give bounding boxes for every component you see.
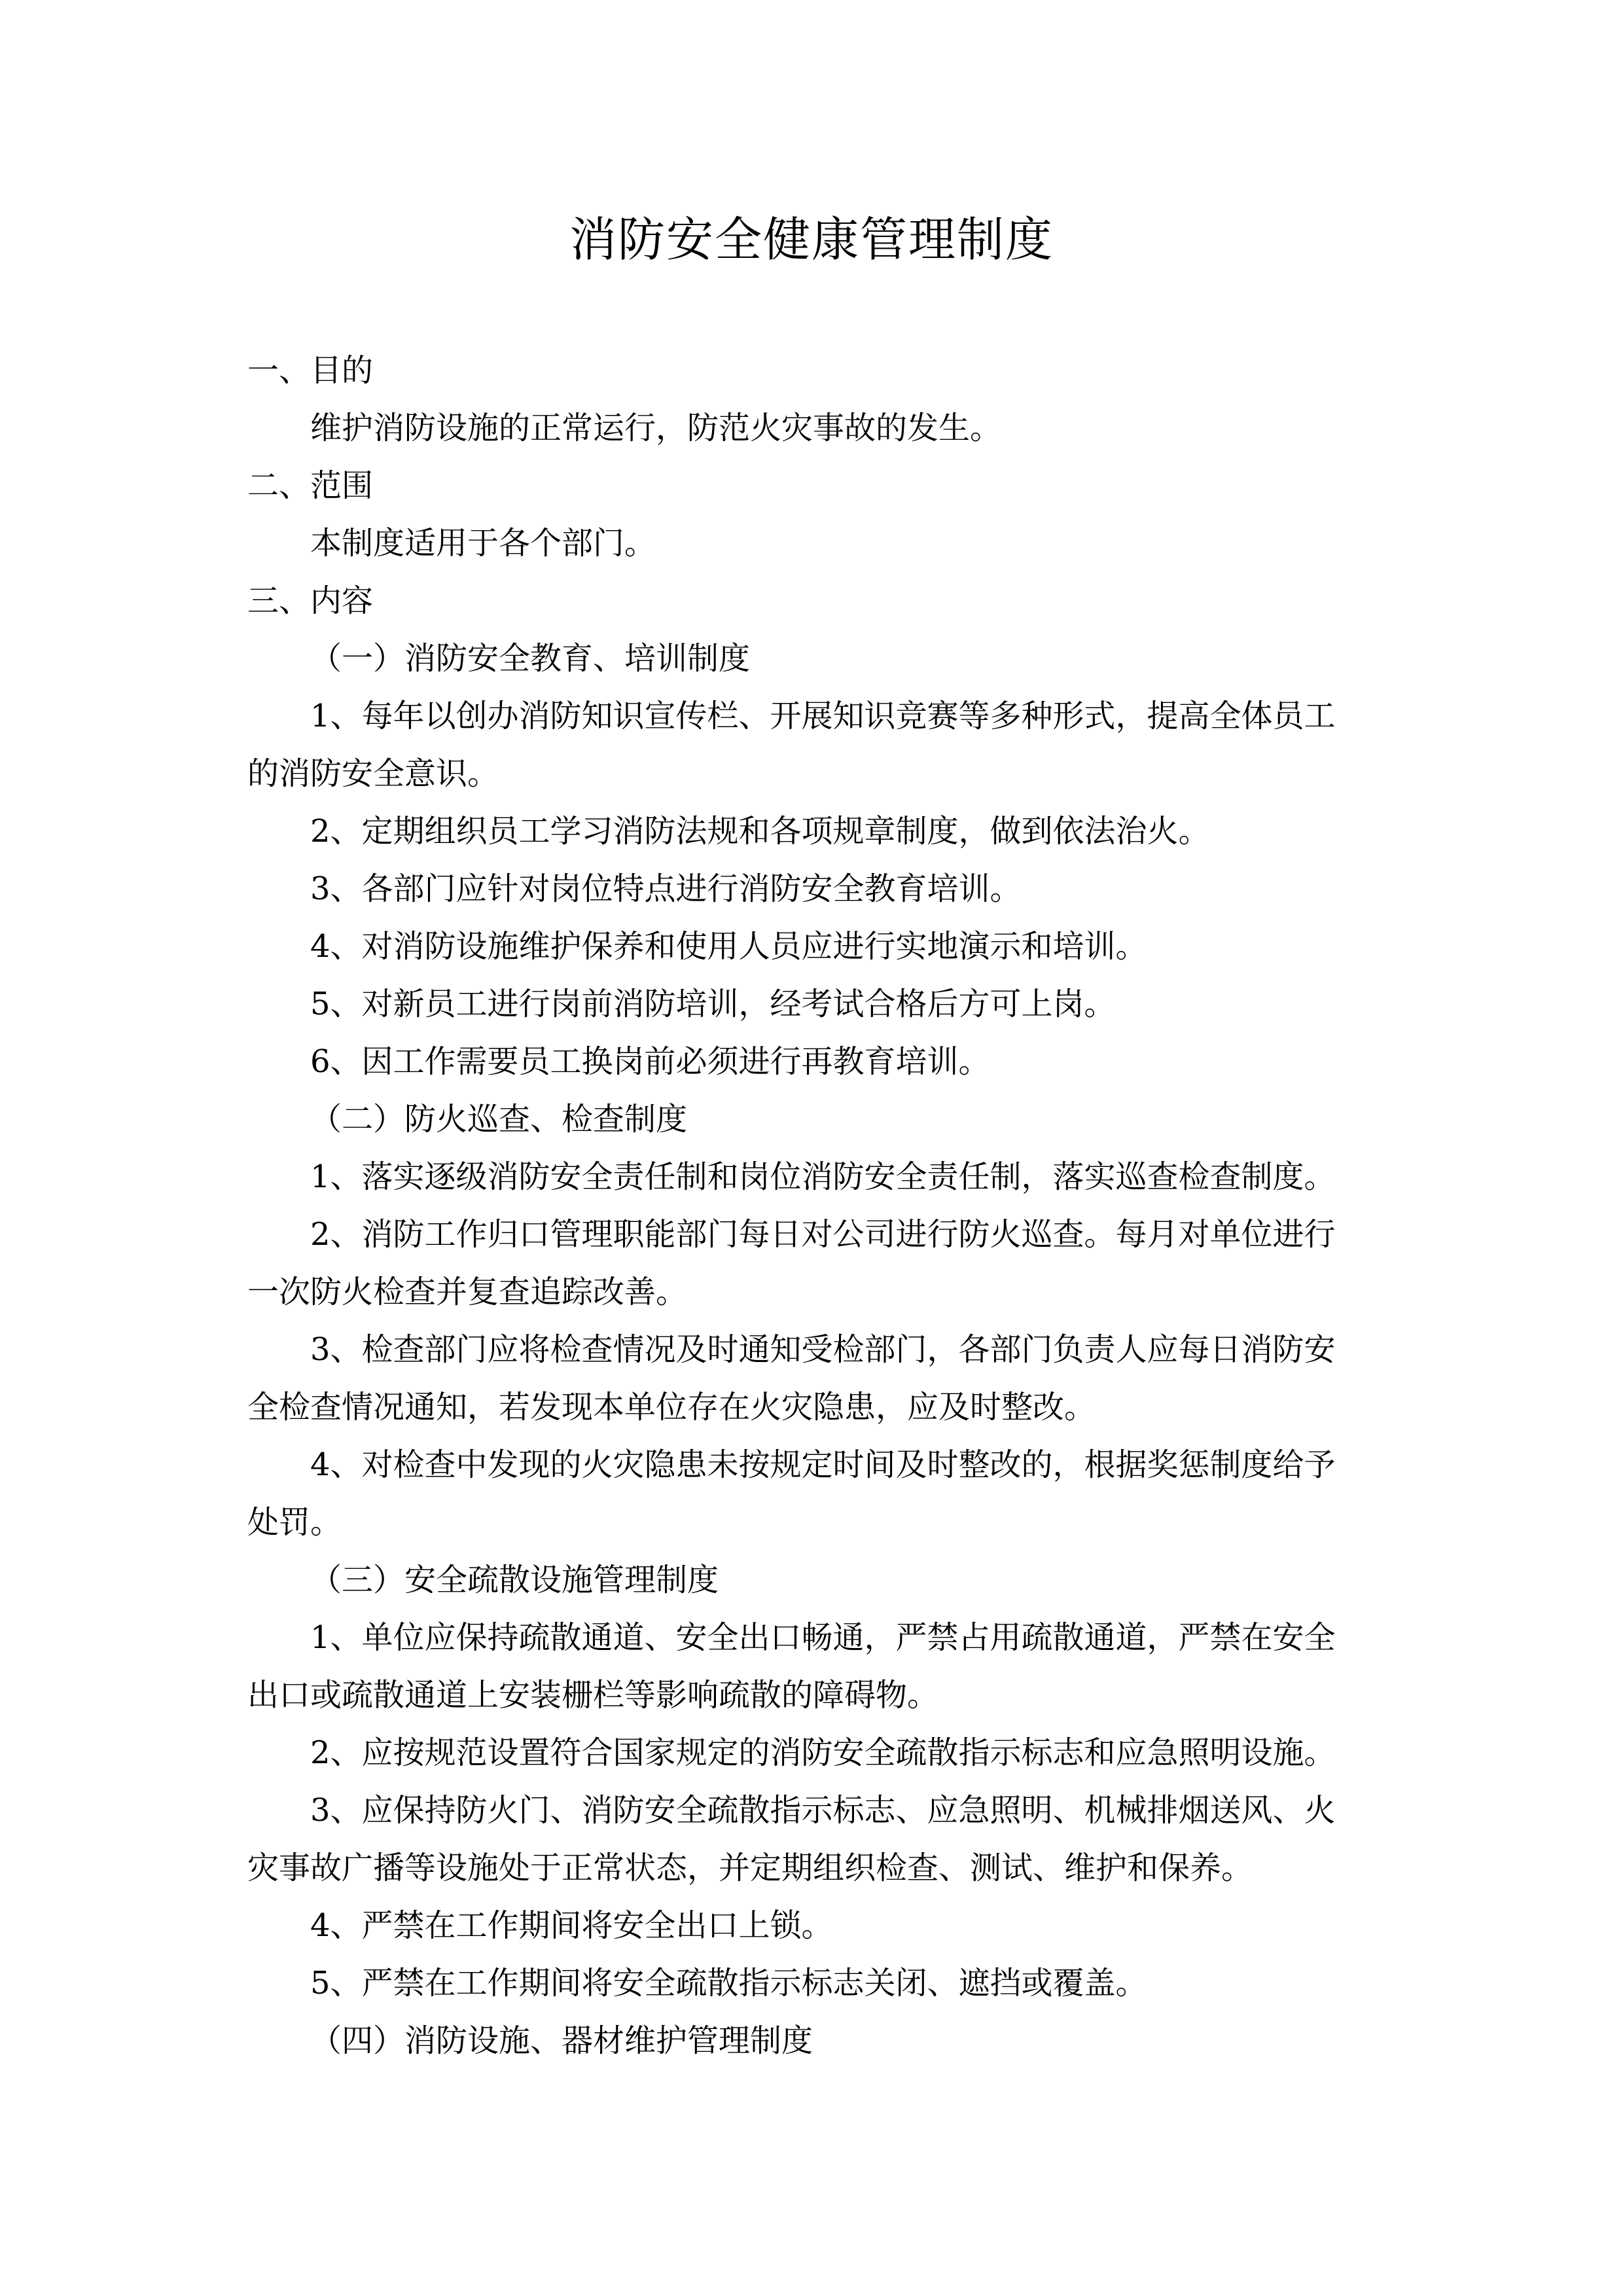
list-item-continuation: 全检查情况通知，若发现本单位存在火灾隐患，应及时整改。 bbox=[247, 1378, 1383, 1436]
subsection-heading-equipment: （四）消防设施、器材维护管理制度 bbox=[247, 2012, 1383, 2070]
list-item: 1、落实逐级消防安全责任制和岗位消防安全责任制，落实巡查检查制度。 bbox=[247, 1148, 1383, 1206]
section-heading-purpose: 一、目的 bbox=[247, 342, 1383, 399]
list-item: 5、严禁在工作期间将安全疏散指示标志关闭、遮挡或覆盖。 bbox=[247, 1954, 1383, 2012]
subsection-heading-training: （一）消防安全教育、培训制度 bbox=[247, 630, 1383, 687]
list-item-continuation: 灾事故广播等设施处于正常状态，并定期组织检查、测试、维护和保养。 bbox=[247, 1839, 1383, 1897]
list-item: 2、消防工作归口管理职能部门每日对公司进行防火巡查。每月对单位进行 bbox=[247, 1206, 1383, 1263]
list-item: 5、对新员工进行岗前消防培训，经考试合格后方可上岗。 bbox=[247, 975, 1383, 1033]
list-item: 3、各部门应针对岗位特点进行消防安全教育培训。 bbox=[247, 860, 1383, 918]
list-item: 1、每年以创办消防知识宣传栏、开展知识竞赛等多种形式，提高全体员工 bbox=[247, 687, 1383, 745]
subsection-heading-inspection: （二）防火巡查、检查制度 bbox=[247, 1090, 1383, 1148]
section-heading-content: 三、内容 bbox=[247, 572, 1383, 630]
list-item-continuation: 出口或疏散通道上安装栅栏等影响疏散的障碍物。 bbox=[247, 1666, 1383, 1724]
list-item: 4、严禁在工作期间将安全出口上锁。 bbox=[247, 1897, 1383, 1954]
list-item: 6、因工作需要员工换岗前必须进行再教育培训。 bbox=[247, 1033, 1383, 1090]
list-item-continuation: 处罚。 bbox=[247, 1494, 1383, 1551]
document-body: 一、目的 维护消防设施的正常运行，防范火灾事故的发生。 二、范围 本制度适用于各… bbox=[247, 342, 1383, 2070]
list-item: 1、单位应保持疏散通道、安全出口畅通，严禁占用疏散通道，严禁在安全 bbox=[247, 1609, 1383, 1666]
list-item: 4、对检查中发现的火灾隐患未按规定时间及时整改的，根据奖惩制度给予 bbox=[247, 1436, 1383, 1494]
list-item: 3、检查部门应将检查情况及时通知受检部门，各部门负责人应每日消防安 bbox=[247, 1321, 1383, 1378]
paragraph: 本制度适用于各个部门。 bbox=[247, 514, 1383, 572]
list-item-continuation: 一次防火检查并复查追踪改善。 bbox=[247, 1263, 1383, 1321]
document-page: 消防安全健康管理制度 一、目的 维护消防设施的正常运行，防范火灾事故的发生。 二… bbox=[0, 0, 1623, 2296]
section-heading-scope: 二、范围 bbox=[247, 457, 1383, 514]
subsection-heading-evacuation: （三）安全疏散设施管理制度 bbox=[247, 1551, 1383, 1609]
list-item: 4、对消防设施维护保养和使用人员应进行实地演示和培训。 bbox=[247, 918, 1383, 975]
document-title: 消防安全健康管理制度 bbox=[0, 208, 1623, 271]
list-item: 2、定期组织员工学习消防法规和各项规章制度，做到依法治火。 bbox=[247, 802, 1383, 860]
list-item: 3、应保持防火门、消防安全疏散指示标志、应急照明、机械排烟送风、火 bbox=[247, 1782, 1383, 1839]
list-item-continuation: 的消防安全意识。 bbox=[247, 745, 1383, 802]
paragraph: 维护消防设施的正常运行，防范火灾事故的发生。 bbox=[247, 399, 1383, 457]
list-item: 2、应按规范设置符合国家规定的消防安全疏散指示标志和应急照明设施。 bbox=[247, 1724, 1383, 1782]
